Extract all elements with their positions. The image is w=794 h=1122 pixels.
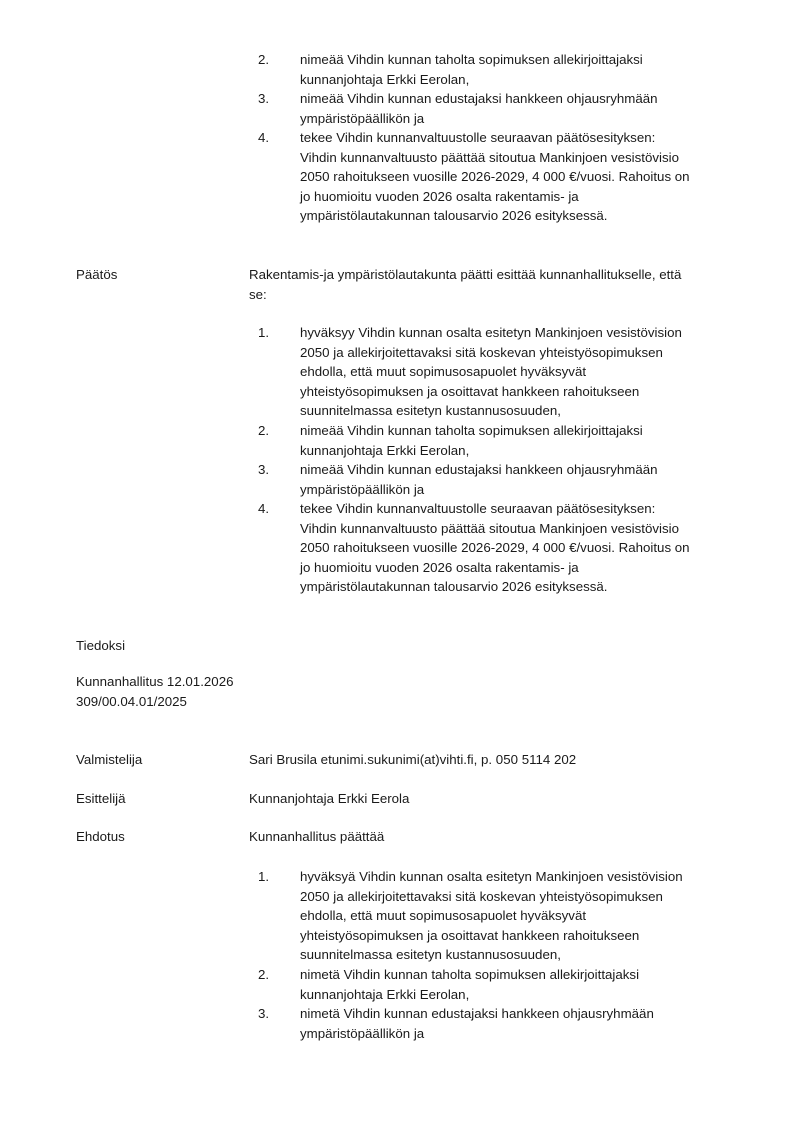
list-item: nimeää Vihdin kunnan taholta sopimuksen …: [300, 50, 643, 89]
list-item: nimeää Vihdin kunnan edustajaksi hankkee…: [300, 460, 658, 499]
list-item: nimetä Vihdin kunnan edustajaksi hankkee…: [300, 1004, 654, 1043]
list-item: nimeää Vihdin kunnan edustajaksi hankkee…: [300, 89, 658, 128]
list-item: hyväksyä Vihdin kunnan osalta esitetyn M…: [300, 867, 683, 965]
meeting-title: Kunnanhallitus 12.01.2026: [76, 672, 233, 692]
list-item: nimeää Vihdin kunnan taholta sopimuksen …: [300, 421, 643, 460]
meeting-header: Kunnanhallitus 12.01.2026 309/00.04.01/2…: [76, 672, 233, 711]
ehdotus-label: Ehdotus: [76, 827, 125, 847]
list-item: hyväksyy Vihdin kunnan osalta esitetyn M…: [300, 323, 682, 421]
valmistelija-label: Valmistelija: [76, 750, 142, 770]
list-item: tekee Vihdin kunnanvaltuustolle seuraava…: [300, 499, 690, 597]
list-number: 3.: [258, 89, 269, 109]
ehdotus-intro: Kunnanhallitus päättää: [249, 827, 384, 847]
list-number: 1.: [258, 323, 269, 343]
list-number: 2.: [258, 50, 269, 70]
meeting-reference: 309/00.04.01/2025: [76, 692, 233, 712]
valmistelija-value: Sari Brusila etunimi.sukunimi(at)vihti.f…: [249, 750, 576, 770]
tiedoksi-heading: Tiedoksi: [76, 636, 125, 656]
paatos-intro: Rakentamis-ja ympäristölautakunta päätti…: [249, 265, 681, 304]
list-number: 2.: [258, 965, 269, 985]
list-number: 3.: [258, 1004, 269, 1024]
list-number: 4.: [258, 499, 269, 519]
list-item: nimetä Vihdin kunnan taholta sopimuksen …: [300, 965, 639, 1004]
list-item: tekee Vihdin kunnanvaltuustolle seuraava…: [300, 128, 690, 226]
list-number: 1.: [258, 867, 269, 887]
list-number: 4.: [258, 128, 269, 148]
paatos-label: Päätös: [76, 265, 117, 285]
esittelija-value: Kunnanjohtaja Erkki Eerola: [249, 789, 409, 809]
esittelija-label: Esittelijä: [76, 789, 126, 809]
list-number: 2.: [258, 421, 269, 441]
list-number: 3.: [258, 460, 269, 480]
